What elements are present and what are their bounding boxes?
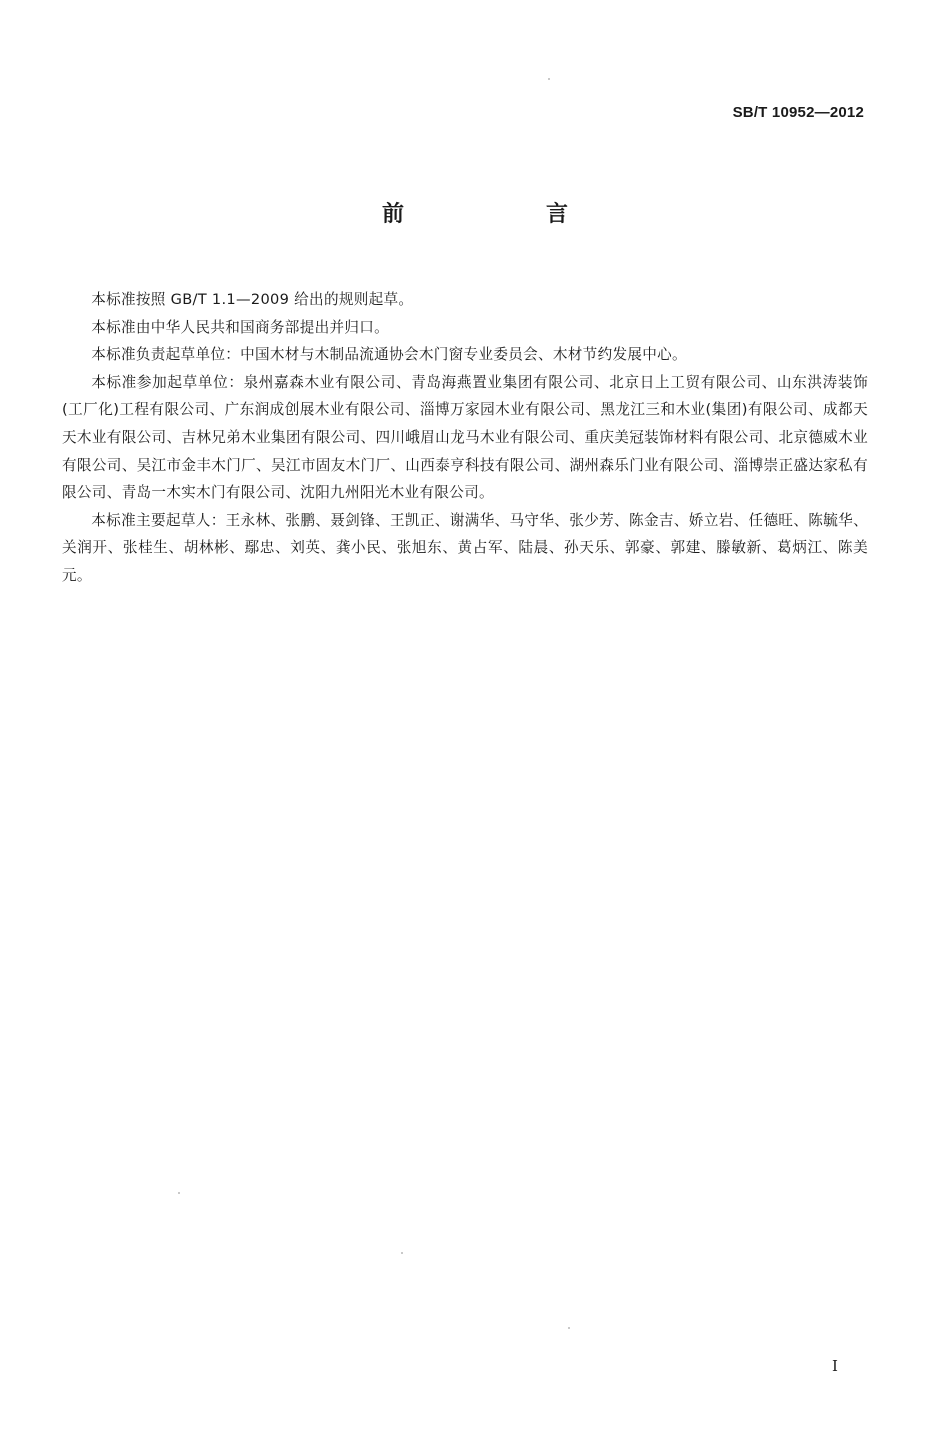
scan-speck	[568, 1327, 570, 1329]
standard-code: SB/T 10952—2012	[733, 104, 864, 121]
paragraph-drafting-rules: 本标准按照 GB/T 1.1—2009 给出的规则起草。	[62, 286, 868, 314]
foreword-body: 本标准按照 GB/T 1.1—2009 给出的规则起草。 本标准由中华人民共和国…	[62, 286, 868, 590]
page-number: I	[832, 1357, 838, 1375]
scan-speck	[401, 1252, 403, 1254]
paragraph-responsible-units: 本标准负责起草单位：中国木材与木制品流通协会木门窗专业委员会、木材节约发展中心。	[62, 341, 868, 369]
paragraph-participating-units: 本标准参加起草单位：泉州嘉森木业有限公司、青岛海燕置业集团有限公司、北京日上工贸…	[62, 369, 868, 507]
paragraph-proposing-authority: 本标准由中华人民共和国商务部提出并归口。	[62, 314, 868, 342]
paragraph-main-drafters: 本标准主要起草人：王永林、张鹏、聂剑锋、王凯正、谢满华、马守华、张少芳、陈金吉、…	[62, 507, 868, 590]
scan-speck	[178, 1192, 180, 1194]
scan-speck	[548, 78, 550, 80]
page-title: 前 言	[0, 197, 950, 228]
